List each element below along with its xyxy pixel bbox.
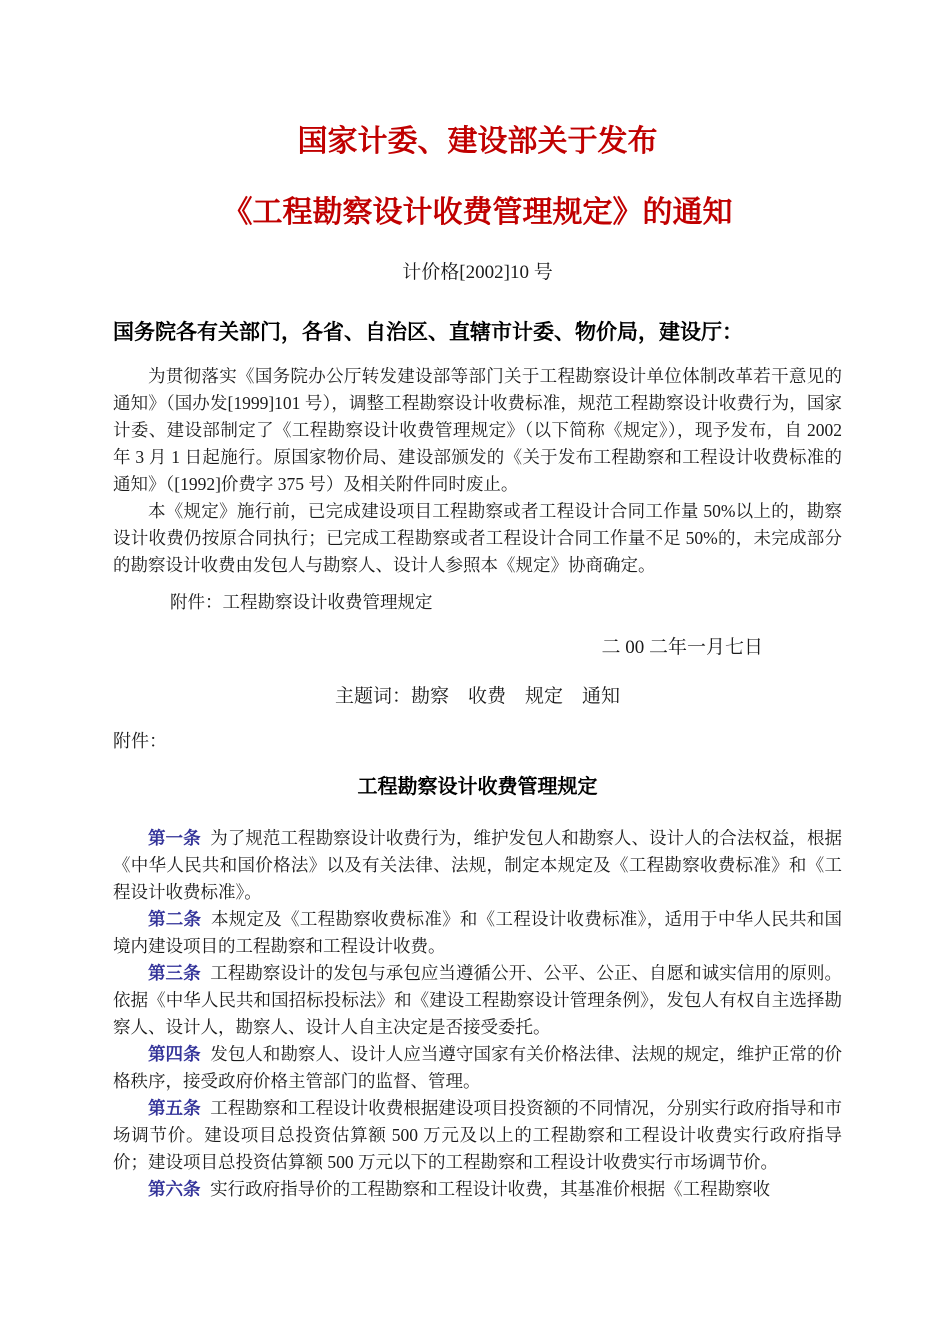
article-2-text: 本规定及《工程勘察收费标准》和《工程设计收费标准》，适用于中华人民共和国境内建设… [113, 909, 842, 956]
salutation-line: 国务院各有关部门，各省、自治区、直辖市计委、物价局，建设厅： [113, 320, 842, 346]
article-5-text: 工程勘察和工程设计收费根据建设项目投资额的不同情况，分别实行政府指导和市场调节价… [113, 1098, 842, 1172]
document-content: 国家计委、建设部关于发布 《工程勘察设计收费管理规定》的通知 计价格[2002]… [0, 0, 950, 1203]
article-4-number: 第四条 [148, 1044, 201, 1064]
article-2: 第二条本规定及《工程勘察收费标准》和《工程设计收费标准》，适用于中华人民共和国境… [113, 906, 842, 960]
article-1: 第一条为了规范工程勘察设计收费行为，维护发包人和勘察人、设计人的合法权益，根据《… [113, 825, 842, 906]
article-1-text: 为了规范工程勘察设计收费行为，维护发包人和勘察人、设计人的合法权益，根据《中华人… [113, 828, 842, 902]
attachment-title: 工程勘察设计收费管理规定 [113, 775, 842, 799]
article-3: 第三条工程勘察设计的发包与承包应当遵循公开、公平、公正、自愿和诚实信用的原则。 … [113, 960, 842, 1041]
article-1-number: 第一条 [148, 828, 201, 848]
article-4-text: 发包人和勘察人、设计人应当遵守国家有关价格法律、法规的规定，维护正常的价格秩序，… [113, 1044, 842, 1091]
intro-paragraph-2: 本《规定》施行前，已完成建设项目工程勘察或者工程设计合同工作量 50%以上的，勘… [113, 498, 842, 579]
doc-number: 计价格[2002]10 号 [113, 262, 842, 284]
subject-keywords-line: 主题词：勘察 收费 规定 通知 [113, 683, 842, 710]
article-6-text: 实行政府指导价的工程勘察和工程设计收费，其基准价根据《工程勘察收 [210, 1179, 770, 1199]
article-5-number: 第五条 [148, 1098, 201, 1118]
article-5: 第五条工程勘察和工程设计收费根据建设项目投资额的不同情况，分别实行政府指导和市场… [113, 1095, 842, 1176]
document-page: 国家计委、建设部关于发布 《工程勘察设计收费管理规定》的通知 计价格[2002]… [0, 0, 950, 1344]
attachment-reference: 附件：工程勘察设计收费管理规定 [113, 589, 842, 616]
article-4: 第四条发包人和勘察人、设计人应当遵守国家有关价格法律、法规的规定，维护正常的价格… [113, 1041, 842, 1095]
article-6-number: 第六条 [148, 1179, 201, 1199]
attachment-label: 附件： [113, 728, 842, 755]
doc-title-line-2: 《工程勘察设计收费管理规定》的通知 [113, 196, 842, 230]
article-6: 第六条实行政府指导价的工程勘察和工程设计收费，其基准价根据《工程勘察收 [113, 1176, 842, 1203]
intro-paragraph-1: 为贯彻落实《国务院办公厅转发建设部等部门关于工程勘察设计单位体制改革若干意见的通… [113, 363, 842, 498]
date-line: 二 00 二年一月七日 [113, 634, 842, 661]
article-2-number: 第二条 [148, 909, 201, 929]
article-3-number: 第三条 [148, 963, 201, 983]
articles-section: 第一条为了规范工程勘察设计收费行为，维护发包人和勘察人、设计人的合法权益，根据《… [113, 825, 842, 1203]
article-3-text: 工程勘察设计的发包与承包应当遵循公开、公平、公正、自愿和诚实信用的原则。 依据《… [113, 963, 842, 1037]
doc-title-line-1: 国家计委、建设部关于发布 [113, 125, 842, 159]
